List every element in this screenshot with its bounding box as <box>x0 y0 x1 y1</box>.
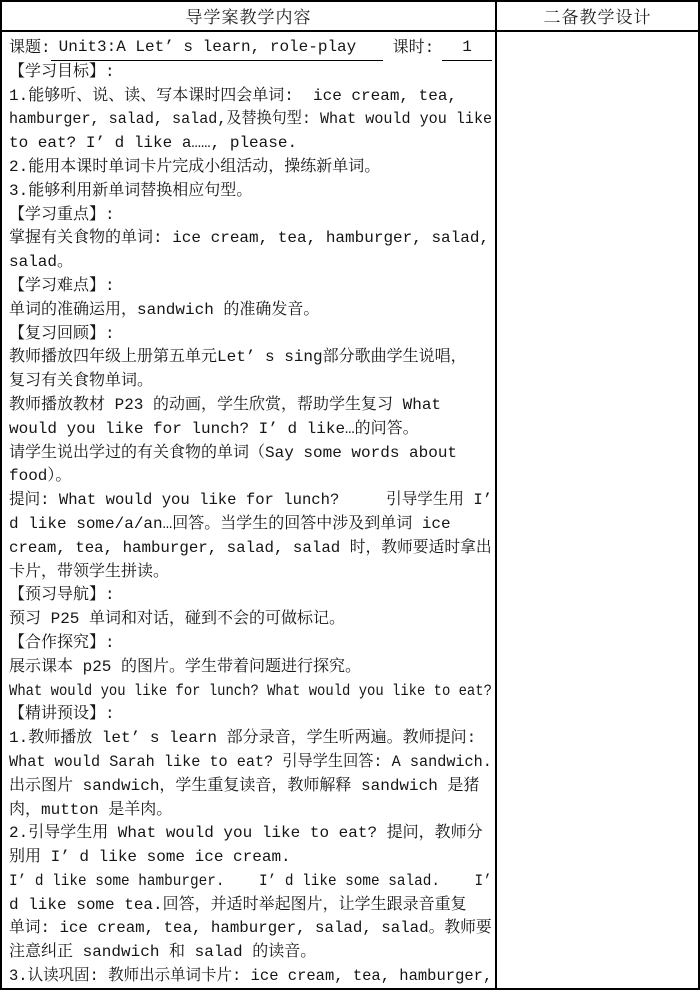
content-line: cream, tea, hamburger, salad, salad 时，教师… <box>9 537 485 561</box>
content-line: 复习有关食物单词。 <box>9 370 492 394</box>
content-line: 展示课本 p25 的图片。学生带着问题进行探究。 <box>9 656 492 680</box>
topic-label: 课题: <box>9 37 51 61</box>
content-line: 请学生说出学过的有关食物的单词（Say some words about <box>9 442 492 466</box>
content-line: What would Sarah like to eat? 引导学生回答: A … <box>9 751 467 775</box>
content-line: 卡片，带领学生拼读。 <box>9 561 492 585</box>
content-line: 2.能用本课时单词卡片完成小组活动，操练新单词。 <box>9 156 492 180</box>
section-heading: 【精讲预设】: <box>9 703 492 727</box>
content-line: to eat? I’ d like a……, please. <box>9 132 492 156</box>
design-column-empty <box>497 32 698 988</box>
content-line: 提问: What would you like for lunch? 引导学生用… <box>9 489 479 513</box>
content-line: 预习 P25 单词和对话，碰到不会的可做标记。 <box>9 608 492 632</box>
content-line: 单词: ice cream, tea, hamburger, salad, sa… <box>9 917 485 941</box>
content-line: d like some/a/an…回答。当学生的回答中涉及到单词 ice <box>9 513 492 537</box>
section-heading: 【学习重点】: <box>9 204 492 228</box>
content-line: 2.引导学生用 What would you like to eat? 提问，教… <box>9 822 492 846</box>
section-heading: 【合作探究】: <box>9 632 492 656</box>
period-label: 课时: <box>393 37 435 61</box>
content-line: I’ d like some hamburger. I’ d like some… <box>9 870 443 894</box>
content-line: food）。 <box>9 465 492 489</box>
content-lines: 【学习目标】:1.能够听、说、读、写本课时四会单词: ice cream, te… <box>9 61 492 988</box>
content-column: 课题: Unit3:A Let’ s learn, role-play 课时: … <box>2 32 497 988</box>
content-line: What would you like for lunch? What woul… <box>9 680 428 704</box>
content-line: salad。 <box>9 251 492 275</box>
section-heading: 【学习目标】: <box>9 61 492 85</box>
content-line: 3.认读巩固: 教师出示单词卡片: ice cream, tea, hambur… <box>9 965 477 988</box>
content-line: 1.教师播放 let’ s learn 部分录音，学生听两遍。教师提问: <box>9 727 492 751</box>
table-header-row: 导学案教学内容 二备教学设计 <box>2 2 698 32</box>
title-row: 课题: Unit3:A Let’ s learn, role-play 课时: … <box>9 37 492 61</box>
section-heading: 【复习回顾】: <box>9 323 492 347</box>
content-line: 出示图片 sandwich，学生重复读音，教师解释 sandwich 是猪 <box>9 775 492 799</box>
topic-value: Unit3:A Let’ s learn, role-play <box>51 36 383 61</box>
header-content-column-title: 导学案教学内容 <box>2 2 497 30</box>
content-line: 1.能够听、说、读、写本课时四会单词: ice cream, tea, <box>9 85 492 109</box>
section-heading: 【学习难点】: <box>9 275 492 299</box>
content-line: 单词的准确运用，sandwich 的准确发音。 <box>9 299 492 323</box>
content-line: 教师播放教材 P23 的动画，学生欣赏，帮助学生复习 What <box>9 394 492 418</box>
content-line: 注意纠正 sandwich 和 salad 的读音。 <box>9 941 492 965</box>
period-value: 1 <box>442 36 492 61</box>
content-line: 3.能够利用新单词替换相应句型。 <box>9 180 492 204</box>
content-line: 肉，mutton 是羊肉。 <box>9 799 492 823</box>
section-heading: 【预习导航】: <box>9 584 492 608</box>
lesson-plan-page: 导学案教学内容 二备教学设计 课题: Unit3:A Let’ s learn,… <box>0 0 700 990</box>
content-line: d like some tea.回答，并适时举起图片，让学生跟录音重复 <box>9 894 492 918</box>
content-line: 教师播放四年级上册第五单元Let’ s sing部分歌曲学生说唱， <box>9 346 492 370</box>
content-line: would you like for lunch? I’ d like…的问答。 <box>9 418 492 442</box>
header-design-column-title: 二备教学设计 <box>497 2 698 30</box>
content-line: 别用 I’ d like some ice cream. <box>9 846 492 870</box>
content-line: hamburger, salad, salad,及替换句型: What woul… <box>9 108 465 132</box>
table-body-row: 课题: Unit3:A Let’ s learn, role-play 课时: … <box>2 32 698 988</box>
content-line: 掌握有关食物的单词: ice cream, tea, hamburger, sa… <box>9 227 492 251</box>
